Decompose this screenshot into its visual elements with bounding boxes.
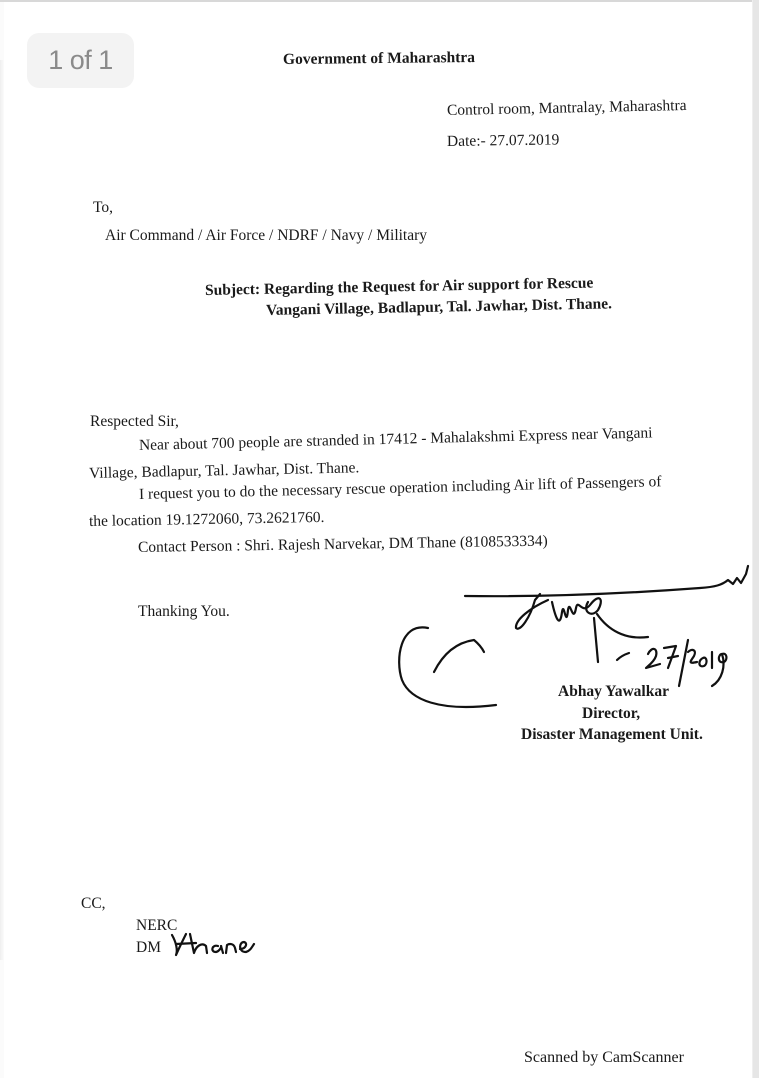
signatory-unit: Disaster Management Unit.: [521, 727, 703, 743]
cc-label: CC,: [81, 896, 106, 912]
page-counter-badge: 1 of 1: [27, 33, 134, 88]
salutation: Respected Sir,: [90, 414, 179, 430]
document-viewer: 1 of 1 Government of Maharashtra Control…: [0, 0, 759, 1078]
signatory-name: Abhay Yawalkar: [558, 684, 669, 700]
closing-line: Thanking You.: [138, 604, 230, 620]
cc-recipient-dm: DM: [136, 940, 161, 956]
viewer-scrollbar-track[interactable]: [752, 0, 759, 1078]
letterhead-title: Government of Maharashtra: [283, 50, 475, 68]
cc-recipient-nerc: NERC: [136, 918, 177, 934]
scanner-watermark: Scanned by CamScanner: [524, 1050, 684, 1066]
addressee-label: To,: [93, 200, 113, 216]
letter-date: Date:- 27.07.2019: [447, 132, 560, 149]
addressee-recipients: Air Command / Air Force / NDRF / Navy / …: [105, 228, 427, 244]
signatory-designation: Director,: [582, 706, 640, 722]
